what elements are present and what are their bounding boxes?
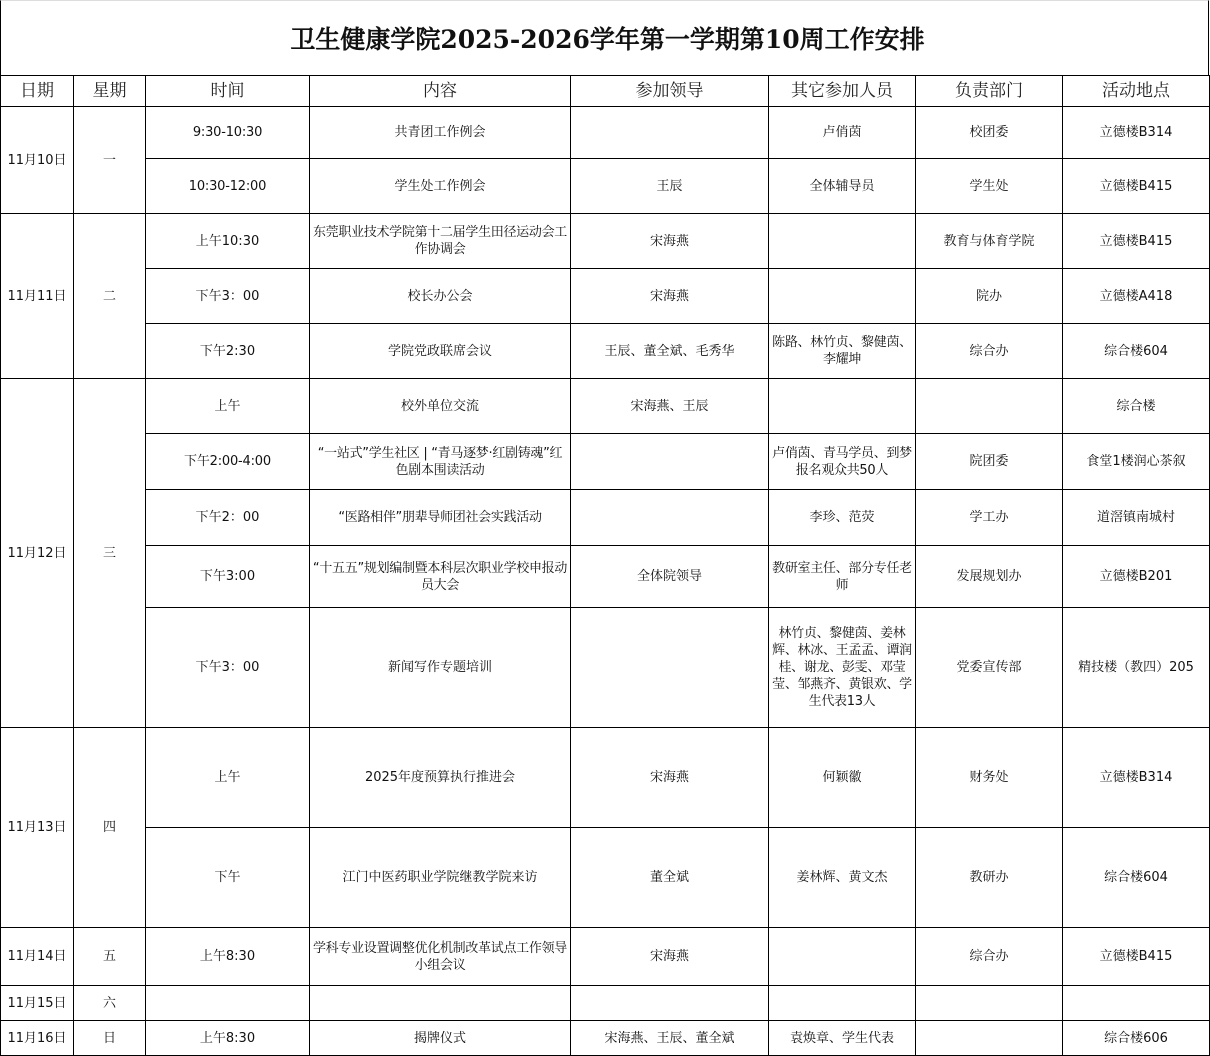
dept-cell: 学工办 — [916, 490, 1063, 546]
time-cell: 上午8:30 — [146, 928, 310, 986]
page-title: 卫生健康学院2025-2026学年第一学期第10周工作安排 — [284, 20, 924, 56]
place-cell: 立德楼B314 — [1063, 107, 1210, 159]
date-cell: 11月15日 — [1, 986, 74, 1021]
leaders-cell: 王辰、董全斌、毛秀华 — [571, 324, 769, 379]
table-row: 10:30-12:00 学生处工作例会 王辰 全体辅导员 学生处 立德楼B415 — [1, 159, 1210, 214]
dept-cell: 党委宣传部 — [916, 608, 1063, 728]
time-cell: 下午 — [146, 828, 310, 928]
leaders-cell — [571, 608, 769, 728]
title-bar: 卫生健康学院2025-2026学年第一学期第10周工作安排 — [0, 0, 1209, 75]
place-cell: 综合楼606 — [1063, 1021, 1210, 1056]
time-cell: 上午8:30 — [146, 1021, 310, 1056]
content-cell: 2025年度预算执行推进会 — [310, 728, 571, 828]
place-cell: 立德楼B415 — [1063, 928, 1210, 986]
table-row: 下午3:00 “十五五”规划编制暨本科层次职业学校申报动员大会 全体院领导 教研… — [1, 546, 1210, 608]
leaders-cell: 宋海燕 — [571, 214, 769, 269]
others-cell — [769, 214, 916, 269]
place-cell: 综合楼 — [1063, 379, 1210, 434]
weekday-cell: 四 — [74, 728, 146, 928]
table-row: 下午2:00-4:00 “一站式”学生社区 | “青马逐梦·红剧铸魂”红色剧本围… — [1, 434, 1210, 490]
place-cell: 食堂1楼润心茶叙 — [1063, 434, 1210, 490]
content-cell: 东莞职业技术学院第十二届学生田径运动会工作协调会 — [310, 214, 571, 269]
leaders-cell: 王辰 — [571, 159, 769, 214]
weekday-cell: 三 — [74, 379, 146, 728]
content-cell: 校长办公会 — [310, 269, 571, 324]
header-time: 时间 — [146, 76, 310, 107]
leaders-cell: 宋海燕、王辰、董全斌 — [571, 1021, 769, 1056]
leaders-cell — [571, 986, 769, 1021]
time-cell — [146, 986, 310, 1021]
header-row: 日期 星期 时间 内容 参加领导 其它参加人员 负责部门 活动地点 — [1, 76, 1210, 107]
content-cell: 揭牌仪式 — [310, 1021, 571, 1056]
place-cell: 立德楼B201 — [1063, 546, 1210, 608]
place-cell: 立德楼A418 — [1063, 269, 1210, 324]
table-row: 下午 江门中医药职业学院继教学院来访 董全斌 姜林辉、黄文杰 教研办 综合楼60… — [1, 828, 1210, 928]
place-cell: 立德楼B314 — [1063, 728, 1210, 828]
header-department: 负责部门 — [916, 76, 1063, 107]
others-cell: 姜林辉、黄文杰 — [769, 828, 916, 928]
content-cell: 学科专业设置调整优化机制改革试点工作领导小组会议 — [310, 928, 571, 986]
dept-cell: 教育与体育学院 — [916, 214, 1063, 269]
time-cell: 下午2:30 — [146, 324, 310, 379]
dept-cell: 学生处 — [916, 159, 1063, 214]
place-cell: 立德楼B415 — [1063, 214, 1210, 269]
others-cell — [769, 928, 916, 986]
weekday-cell: 五 — [74, 928, 146, 986]
place-cell: 精技楼（教四）205 — [1063, 608, 1210, 728]
content-cell: 校外单位交流 — [310, 379, 571, 434]
time-cell: 10:30-12:00 — [146, 159, 310, 214]
table-row: 下午3：00 校长办公会 宋海燕 院办 立德楼A418 — [1, 269, 1210, 324]
table-row: 11月11日 二 上午10:30 东莞职业技术学院第十二届学生田径运动会工作协调… — [1, 214, 1210, 269]
others-cell: 何颖徽 — [769, 728, 916, 828]
time-cell: 下午2：00 — [146, 490, 310, 546]
table-row: 下午2:30 学院党政联席会议 王辰、董全斌、毛秀华 陈路、林竹贞、黎健茵、李耀… — [1, 324, 1210, 379]
content-cell: 共青团工作例会 — [310, 107, 571, 159]
header-other-participants: 其它参加人员 — [769, 76, 916, 107]
dept-cell: 校团委 — [916, 107, 1063, 159]
header-date: 日期 — [1, 76, 74, 107]
schedule-table: 日期 星期 时间 内容 参加领导 其它参加人员 负责部门 活动地点 11月10日… — [0, 75, 1210, 1056]
table-row: 11月15日 六 — [1, 986, 1210, 1021]
others-cell: 袁焕章、学生代表 — [769, 1021, 916, 1056]
leaders-cell: 董全斌 — [571, 828, 769, 928]
dept-cell: 院办 — [916, 269, 1063, 324]
content-cell: 学院党政联席会议 — [310, 324, 571, 379]
schedule-sheet: 卫生健康学院2025-2026学年第一学期第10周工作安排 日期 星期 时间 内… — [0, 0, 1210, 1056]
weekday-cell: 一 — [74, 107, 146, 214]
weekday-cell: 二 — [74, 214, 146, 379]
content-cell: 新闻写作专题培训 — [310, 608, 571, 728]
place-cell: 立德楼B415 — [1063, 159, 1210, 214]
time-cell: 上午 — [146, 728, 310, 828]
dept-cell: 院团委 — [916, 434, 1063, 490]
others-cell: 林竹贞、黎健茵、姜林辉、林冰、王孟孟、谭润桂、谢龙、彭雯、邓莹莹、邹燕齐、黄银欢… — [769, 608, 916, 728]
weekday-cell: 六 — [74, 986, 146, 1021]
dept-cell — [916, 379, 1063, 434]
others-cell — [769, 269, 916, 324]
dept-cell: 教研办 — [916, 828, 1063, 928]
header-weekday: 星期 — [74, 76, 146, 107]
weekday-cell: 日 — [74, 1021, 146, 1056]
content-cell: “十五五”规划编制暨本科层次职业学校申报动员大会 — [310, 546, 571, 608]
dept-cell: 财务处 — [916, 728, 1063, 828]
date-cell: 11月12日 — [1, 379, 74, 728]
dept-cell: 综合办 — [916, 928, 1063, 986]
place-cell: 综合楼604 — [1063, 324, 1210, 379]
leaders-cell: 宋海燕 — [571, 269, 769, 324]
leaders-cell — [571, 490, 769, 546]
table-row: 11月10日 一 9:30-10:30 共青团工作例会 卢俏茵 校团委 立德楼B… — [1, 107, 1210, 159]
table-row: 11月16日 日 上午8:30 揭牌仪式 宋海燕、王辰、董全斌 袁焕章、学生代表… — [1, 1021, 1210, 1056]
time-cell: 下午3:00 — [146, 546, 310, 608]
others-cell: 陈路、林竹贞、黎健茵、李耀坤 — [769, 324, 916, 379]
dept-cell — [916, 986, 1063, 1021]
others-cell: 全体辅导员 — [769, 159, 916, 214]
content-cell: “医路相伴”朋辈导师团社会实践活动 — [310, 490, 571, 546]
place-cell: 道滘镇南城村 — [1063, 490, 1210, 546]
leaders-cell: 宋海燕 — [571, 728, 769, 828]
date-cell: 11月16日 — [1, 1021, 74, 1056]
others-cell — [769, 986, 916, 1021]
time-cell: 9:30-10:30 — [146, 107, 310, 159]
header-location: 活动地点 — [1063, 76, 1210, 107]
date-cell: 11月14日 — [1, 928, 74, 986]
header-leaders: 参加领导 — [571, 76, 769, 107]
table-row: 下午2：00 “医路相伴”朋辈导师团社会实践活动 李珍、范荧 学工办 道滘镇南城… — [1, 490, 1210, 546]
dept-cell: 综合办 — [916, 324, 1063, 379]
others-cell: 李珍、范荧 — [769, 490, 916, 546]
place-cell — [1063, 986, 1210, 1021]
time-cell: 下午3：00 — [146, 269, 310, 324]
time-cell: 上午 — [146, 379, 310, 434]
time-cell: 下午3：00 — [146, 608, 310, 728]
date-cell: 11月10日 — [1, 107, 74, 214]
content-cell: “一站式”学生社区 | “青马逐梦·红剧铸魂”红色剧本围读活动 — [310, 434, 571, 490]
table-row: 11月13日 四 上午 2025年度预算执行推进会 宋海燕 何颖徽 财务处 立德… — [1, 728, 1210, 828]
dept-cell: 发展规划办 — [916, 546, 1063, 608]
others-cell — [769, 379, 916, 434]
dept-cell — [916, 1021, 1063, 1056]
leaders-cell: 宋海燕 — [571, 928, 769, 986]
others-cell: 教研室主任、部分专任老师 — [769, 546, 916, 608]
leaders-cell — [571, 107, 769, 159]
leaders-cell: 全体院领导 — [571, 546, 769, 608]
table-row: 11月12日 三 上午 校外单位交流 宋海燕、王辰 综合楼 — [1, 379, 1210, 434]
header-content: 内容 — [310, 76, 571, 107]
others-cell: 卢俏茵、青马学员、到梦报名观众共50人 — [769, 434, 916, 490]
time-cell: 上午10:30 — [146, 214, 310, 269]
table-row: 下午3：00 新闻写作专题培训 林竹贞、黎健茵、姜林辉、林冰、王孟孟、谭润桂、谢… — [1, 608, 1210, 728]
table-row: 11月14日 五 上午8:30 学科专业设置调整优化机制改革试点工作领导小组会议… — [1, 928, 1210, 986]
content-cell: 学生处工作例会 — [310, 159, 571, 214]
leaders-cell — [571, 434, 769, 490]
leaders-cell: 宋海燕、王辰 — [571, 379, 769, 434]
date-cell: 11月13日 — [1, 728, 74, 928]
content-cell: 江门中医药职业学院继教学院来访 — [310, 828, 571, 928]
place-cell: 综合楼604 — [1063, 828, 1210, 928]
content-cell — [310, 986, 571, 1021]
time-cell: 下午2:00-4:00 — [146, 434, 310, 490]
others-cell: 卢俏茵 — [769, 107, 916, 159]
date-cell: 11月11日 — [1, 214, 74, 379]
